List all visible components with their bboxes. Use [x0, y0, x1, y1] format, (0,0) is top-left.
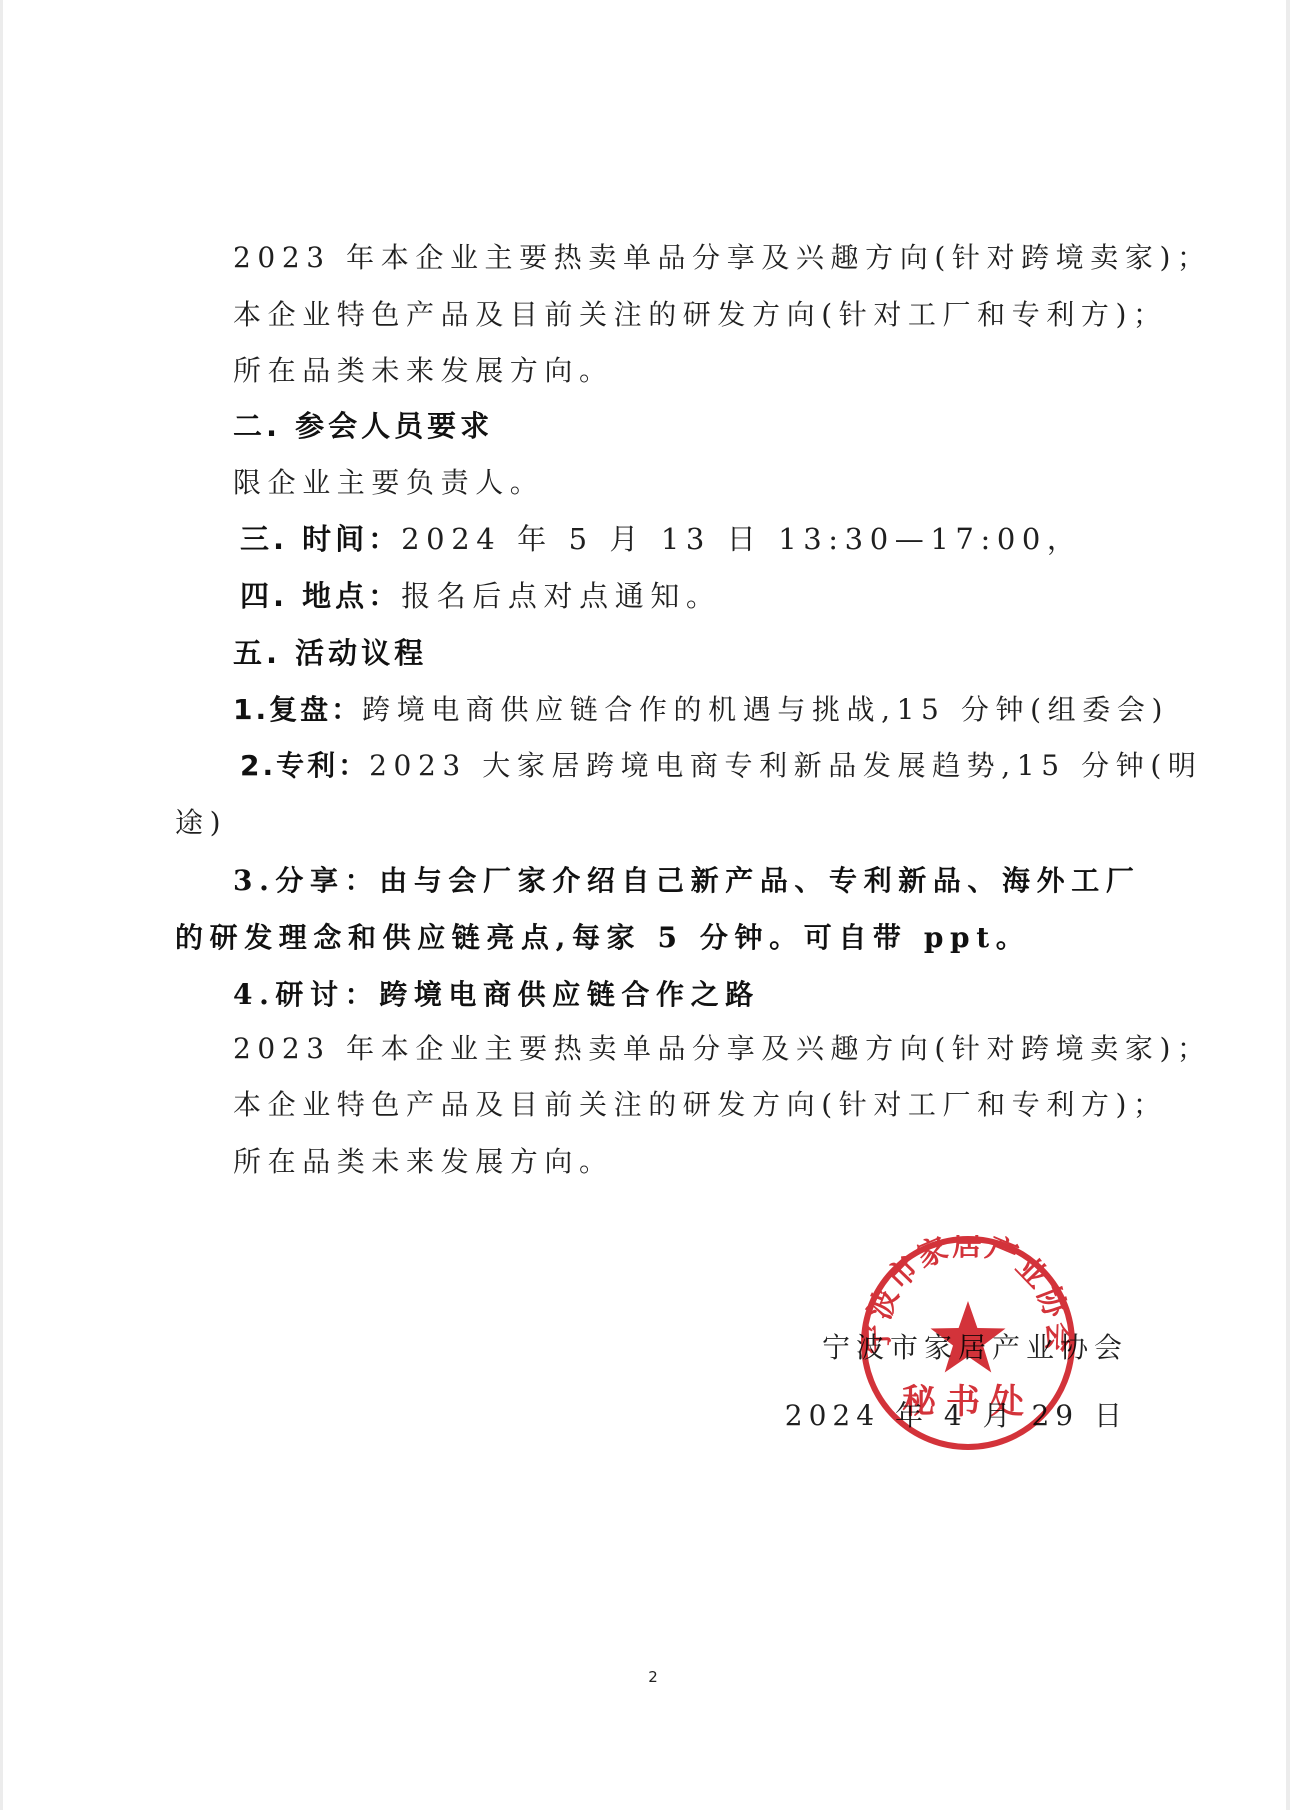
intro-line-1: 2023 年本企业主要热卖单品分享及兴趣方向(针对跨境卖家)；	[233, 241, 1212, 275]
agenda-item-2: 2.专利：2023 大家居跨境电商专利新品发展趋势,15 分钟(明	[240, 749, 1202, 783]
agenda-item-2-continuation: 途)	[175, 806, 227, 840]
section-heading-agenda: 五. 活动议程	[233, 636, 427, 670]
star-icon	[931, 1301, 1006, 1373]
discussion-line-1: 2023 年本企业主要热卖单品分享及兴趣方向(针对跨境卖家)；	[233, 1032, 1212, 1066]
seal-inner-text: 秘书处	[902, 1382, 1034, 1422]
agenda-item-4: 4.研讨：跨境电商供应链合作之路	[233, 978, 760, 1012]
section-heading-location: 四. 地点：	[240, 579, 401, 613]
agenda-item-3-line-2: 的研发理念和供应链亮点,每家 5 分钟。可自带 ppt。	[175, 921, 1030, 955]
agenda-item-1-text: 跨境电商供应链合作的机遇与挑战,15 分钟(组委会)	[362, 693, 1169, 726]
section-location: 四. 地点：报名后点对点通知。	[240, 579, 722, 613]
document-page: 2023 年本企业主要热卖单品分享及兴趣方向(针对跨境卖家)； 本企业特色产品及…	[3, 0, 1286, 1810]
discussion-line-3: 所在品类未来发展方向。	[233, 1145, 614, 1179]
page-edge-right	[1286, 0, 1290, 1810]
section-heading-attendees: 二. 参会人员要求	[233, 409, 493, 443]
intro-line-2: 本企业特色产品及目前关注的研发方向(针对工厂和专利方)；	[233, 298, 1168, 332]
event-location-value: 报名后点对点通知。	[401, 579, 721, 613]
agenda-item-1-label: 1.复盘：	[233, 693, 362, 726]
official-seal: 宁波市家居产业协会 秘书处	[858, 1235, 1078, 1455]
intro-line-3: 所在品类未来发展方向。	[233, 354, 614, 388]
agenda-item-2-text: 2023 大家居跨境电商专利新品发展趋势,15 分钟(明	[369, 749, 1202, 782]
section-time: 三. 时间：2024 年 5 月 13 日 13:30—17:00，	[240, 522, 1083, 556]
discussion-line-2: 本企业特色产品及目前关注的研发方向(针对工厂和专利方)；	[233, 1088, 1168, 1122]
event-time-value: 2024 年 5 月 13 日 13:30—17:00，	[401, 522, 1082, 556]
agenda-item-3-line-1: 3.分享：由与会厂家介绍自己新产品、专利新品、海外工厂	[233, 864, 1140, 898]
attendees-requirement: 限企业主要负责人。	[233, 466, 544, 500]
section-heading-time: 三. 时间：	[240, 522, 401, 556]
page-number: 2	[643, 1668, 663, 1686]
agenda-item-2-label: 2.专利：	[240, 749, 369, 782]
agenda-item-1: 1.复盘：跨境电商供应链合作的机遇与挑战,15 分钟(组委会)	[233, 693, 1169, 727]
